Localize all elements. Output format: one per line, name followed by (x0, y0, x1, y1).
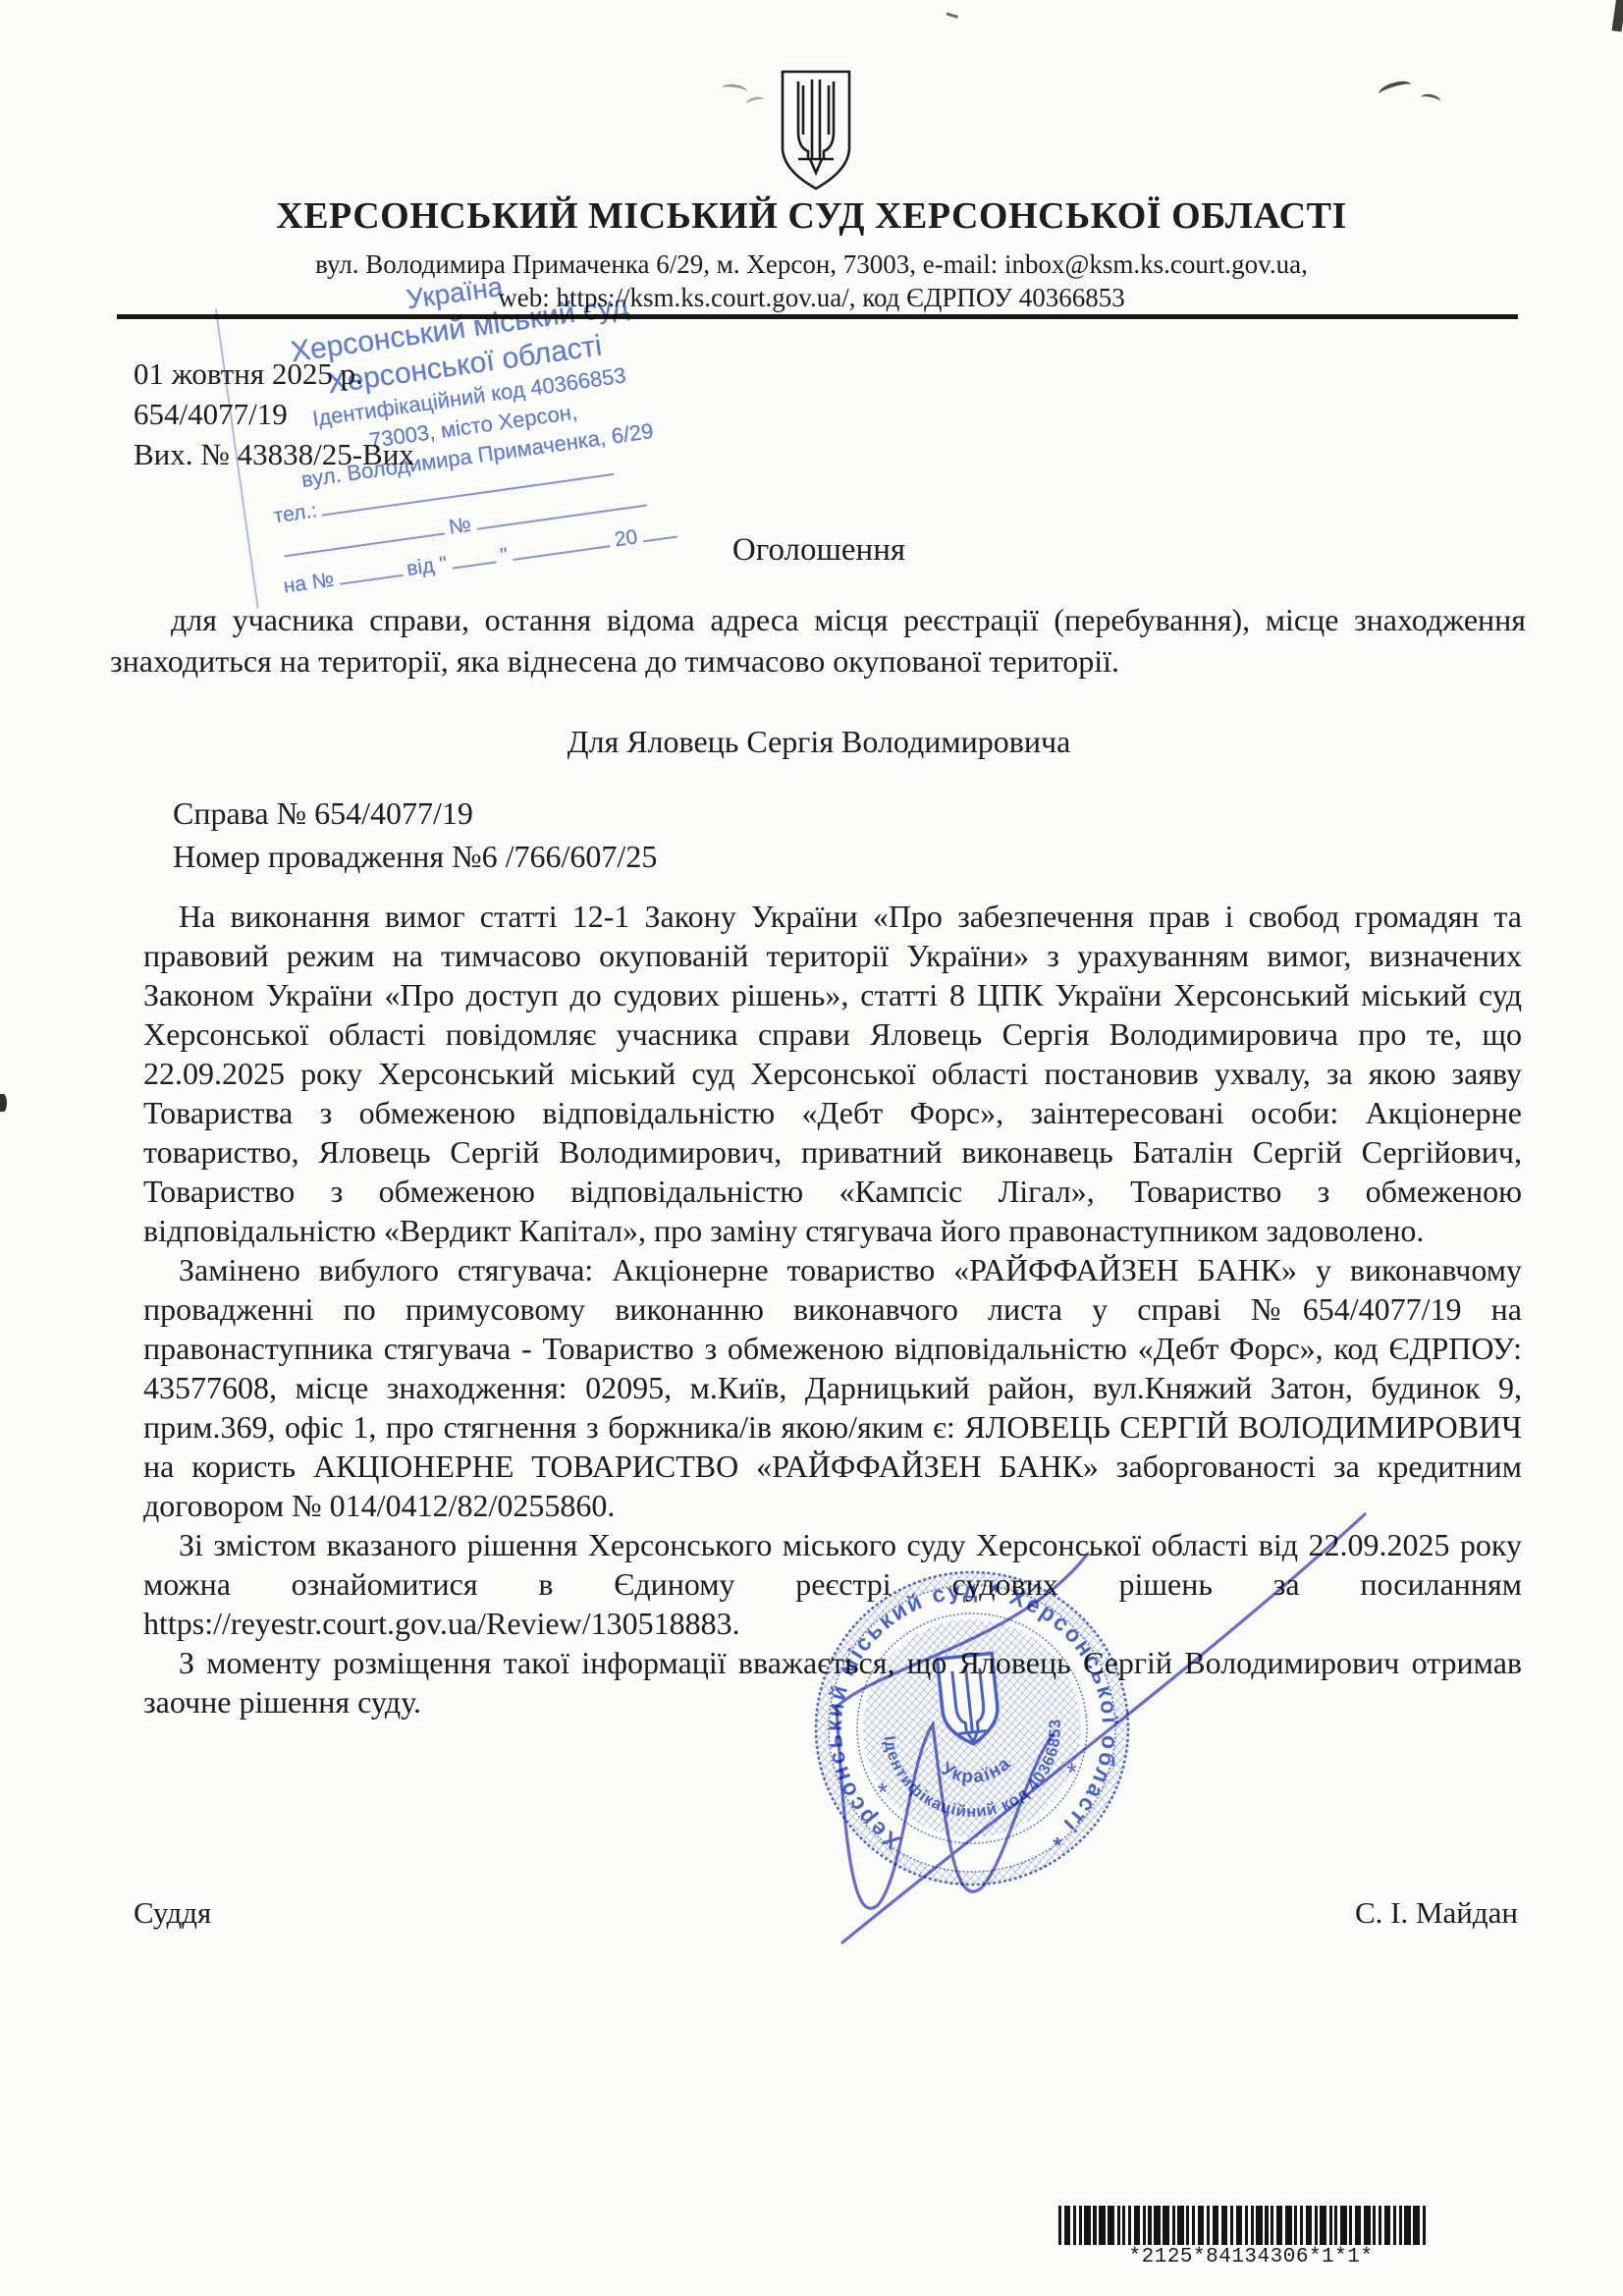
court-name-title: ХЕРСОНСЬКИЙ МІСЬКИЙ СУД ХЕРСОНСЬКОЇ ОБЛА… (59, 194, 1564, 238)
court-address-line: вул. Володимира Примаченка 6/29, м. Херс… (59, 249, 1564, 280)
scan-artifact (721, 82, 747, 97)
registry-url: https://reyestr.court.gov.ua/Review/1305… (143, 1606, 740, 1641)
scan-artifact (745, 95, 765, 108)
judge-label: Суддя (134, 1895, 211, 1931)
scan-artifact (0, 1094, 7, 1112)
document-title: Оголошення (118, 532, 1520, 569)
judge-name: С. І. Майдан (1355, 1895, 1518, 1931)
scan-artifact (945, 12, 958, 23)
scan-artifact (1378, 79, 1414, 101)
scan-artifact (1420, 92, 1441, 107)
scanned-court-letter: ХЕРСОНСЬКИЙ МІСЬКИЙ СУД ХЕРСОНСЬКОЇ ОБЛА… (0, 0, 1623, 2296)
proceeding-line: Номер провадження №6 /766/607/25 (173, 835, 657, 878)
intro-paragraph: для учасника справи, остання відома адре… (110, 599, 1526, 682)
barcode-bars (1058, 2206, 1443, 2245)
case-line: Справа № 654/4077/19 (173, 792, 657, 835)
barcode-caption: *2125*84134306*1*1* (1058, 2246, 1443, 2269)
scan-artifact (1612, 0, 1623, 32)
addressee-line: Для Яловець Сергія Володимировича (118, 724, 1520, 760)
ukraine-trident-icon (778, 69, 854, 192)
document-barcode: *2125*84134306*1*1* (1058, 2206, 1443, 2269)
case-info-block: Справа № 654/4077/19 Номер провадження №… (173, 792, 657, 878)
paragraph-ruling: На виконання вимог статті 12-1 Закону Ук… (143, 897, 1522, 1250)
signature-row: Суддя С. І. Майдан (134, 1895, 1518, 1931)
